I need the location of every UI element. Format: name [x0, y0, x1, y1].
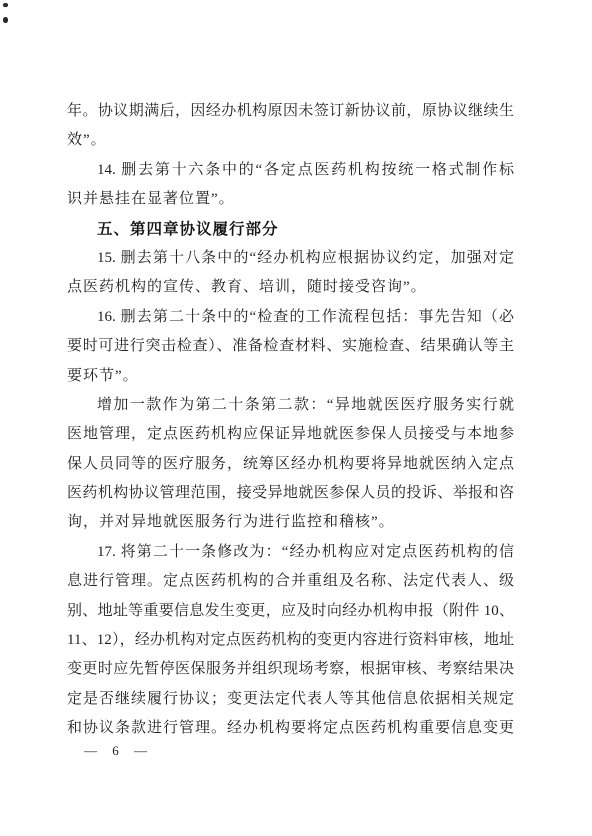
- text-line: 保人员同等的医疗服务，统筹区经办机构要将异地就医纳入定点: [67, 450, 514, 479]
- text-line: 16. 删去第二十条中的“检查的工作流程包括：事先告知（必: [67, 303, 514, 332]
- text-line: 15. 删去第十八条中的“经办机构应根据协议约定，加强对定: [67, 244, 514, 273]
- text-line: 效”。: [67, 126, 514, 155]
- paragraph-item-14: 14. 删去第十六条中的“各定点医药机构按统一格式制作标识并悬挂在显著位置”。: [67, 156, 514, 215]
- text-line: 14. 删去第十六条中的“各定点医药机构按统一格式制作标: [67, 156, 514, 185]
- text-line: 识并悬挂在显著位置”。: [67, 185, 514, 214]
- text-line: 别、地址等重要信息发生变更，应及时向经办机构申报（附件 10、: [67, 597, 514, 626]
- text-line: 增加一款作为第二十条第二款：“异地就医医疗服务实行就: [67, 391, 514, 420]
- text-line: 11、12），经办机构对定点医药机构的变更内容进行资料审核，地址: [67, 626, 514, 655]
- scan-speckle: [3, 17, 8, 23]
- text-line: 要时可进行突击检查）、准备检查材料、实施检查、结果确认等主: [67, 332, 514, 361]
- text-line: 息进行管理。定点医药机构的合并重组及名称、法定代表人、级: [67, 567, 514, 596]
- paragraph-item-16: 16. 删去第二十条中的“检查的工作流程包括：事先告知（必要时可进行突击检查）、…: [67, 303, 514, 391]
- text-line: 和协议条款进行管理。经办机构要将定点医药机构重要信息变更: [67, 714, 514, 743]
- page-number: — 6 —: [84, 742, 149, 760]
- paragraph-item-15: 15. 删去第十八条中的“经办机构应根据协议约定，加强对定点医药机构的宣传、教育…: [67, 244, 514, 303]
- section-heading-line: 五、第四章协议履行部分: [67, 215, 514, 244]
- scan-speckle: [3, 3, 8, 7]
- text-line: 医地管理，定点医药机构应保证异地就医参保人员接受与本地参: [67, 420, 514, 449]
- text-line: 询，并对异地就医服务行为进行监控和稽核”。: [67, 508, 514, 537]
- text-line: 医药机构协议管理范围，接受异地就医参保人员的投诉、举报和咨: [67, 479, 514, 508]
- text-line: 变更时应先暂停医保服务并组织现场考察，根据审核、考察结果决: [67, 655, 514, 684]
- section-heading: 五、第四章协议履行部分: [67, 215, 514, 244]
- document-page: 年。协议期满后，因经办机构原因未签订新协议前，原协议继续生效”。14. 删去第十…: [0, 0, 592, 836]
- text-line: 要环节”。: [67, 362, 514, 391]
- paragraph-added-clause: 增加一款作为第二十条第二款：“异地就医医疗服务实行就医地管理，定点医药机构应保证…: [67, 391, 514, 538]
- text-line: 定是否继续履行协议；变更法定代表人等其他信息依据相关规定: [67, 685, 514, 714]
- text-line: 年。协议期满后，因经办机构原因未签订新协议前，原协议继续生: [67, 97, 514, 126]
- paragraph-item-17: 17. 将第二十一条修改为：“经办机构应对定点医药机构的信息进行管理。定点医药机…: [67, 538, 514, 744]
- paragraph-continuation: 年。协议期满后，因经办机构原因未签订新协议前，原协议继续生效”。: [67, 97, 514, 156]
- text-line: 点医药机构的宣传、教育、培训，随时接受咨询”。: [67, 273, 514, 302]
- body-text: 年。协议期满后，因经办机构原因未签订新协议前，原协议继续生效”。14. 删去第十…: [67, 97, 514, 744]
- text-line: 17. 将第二十一条修改为：“经办机构应对定点医药机构的信: [67, 538, 514, 567]
